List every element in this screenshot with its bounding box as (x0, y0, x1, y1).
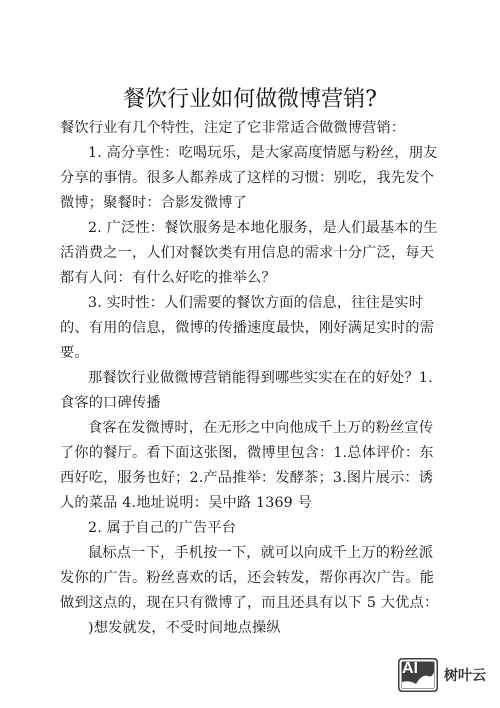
paragraph-point-2: 2. 广泛性：餐饮服务是本地化服务，是人们最基本的生活消费之一，人们对餐饮类有用… (60, 216, 444, 291)
paragraph-benefits-question: 那餐饮行业做微博营销能得到哪些实实在在的好处？1.食客的口碑传播 (60, 366, 444, 416)
paragraph-advantage-1: )想发就发，不受时间地点操纵 (60, 616, 444, 641)
paragraph-word-of-mouth: 食客在发微博时，在无形之中向他成千上万的粉丝宣传了你的餐厅。看下面这张图，微博里… (60, 416, 444, 516)
paragraph-point-1: 1. 高分享性：吃喝玩乐，是大家高度情愿与粉丝，朋友分享的事情。很多人都养成了这… (60, 141, 444, 216)
ai-image-icon: AI (398, 658, 438, 692)
paragraph-point-3: 3. 实时性：人们需要的餐饮方面的信息，往往是实时的、有用的信息，微博的传播速度… (60, 291, 444, 366)
watermark-text: 树叶云 (444, 665, 486, 685)
watermark: AI 树叶云 (398, 658, 486, 692)
page-title: 餐饮行业如何做微博营销? (0, 86, 500, 114)
paragraph-ad-platform-heading: 2. 属于自己的广告平台 (60, 516, 444, 541)
paragraph-ad-platform: 鼠标点一下，手机按一下，就可以向成千上万的粉丝派发你的广告。粉丝喜欢的话，还会转… (60, 541, 444, 616)
paragraph-intro: 餐饮行业有几个特性，注定了它非常适合做微博营销： (60, 116, 444, 141)
document-body: 餐饮行业有几个特性，注定了它非常适合做微博营销： 1. 高分享性：吃喝玩乐，是大… (60, 116, 444, 641)
